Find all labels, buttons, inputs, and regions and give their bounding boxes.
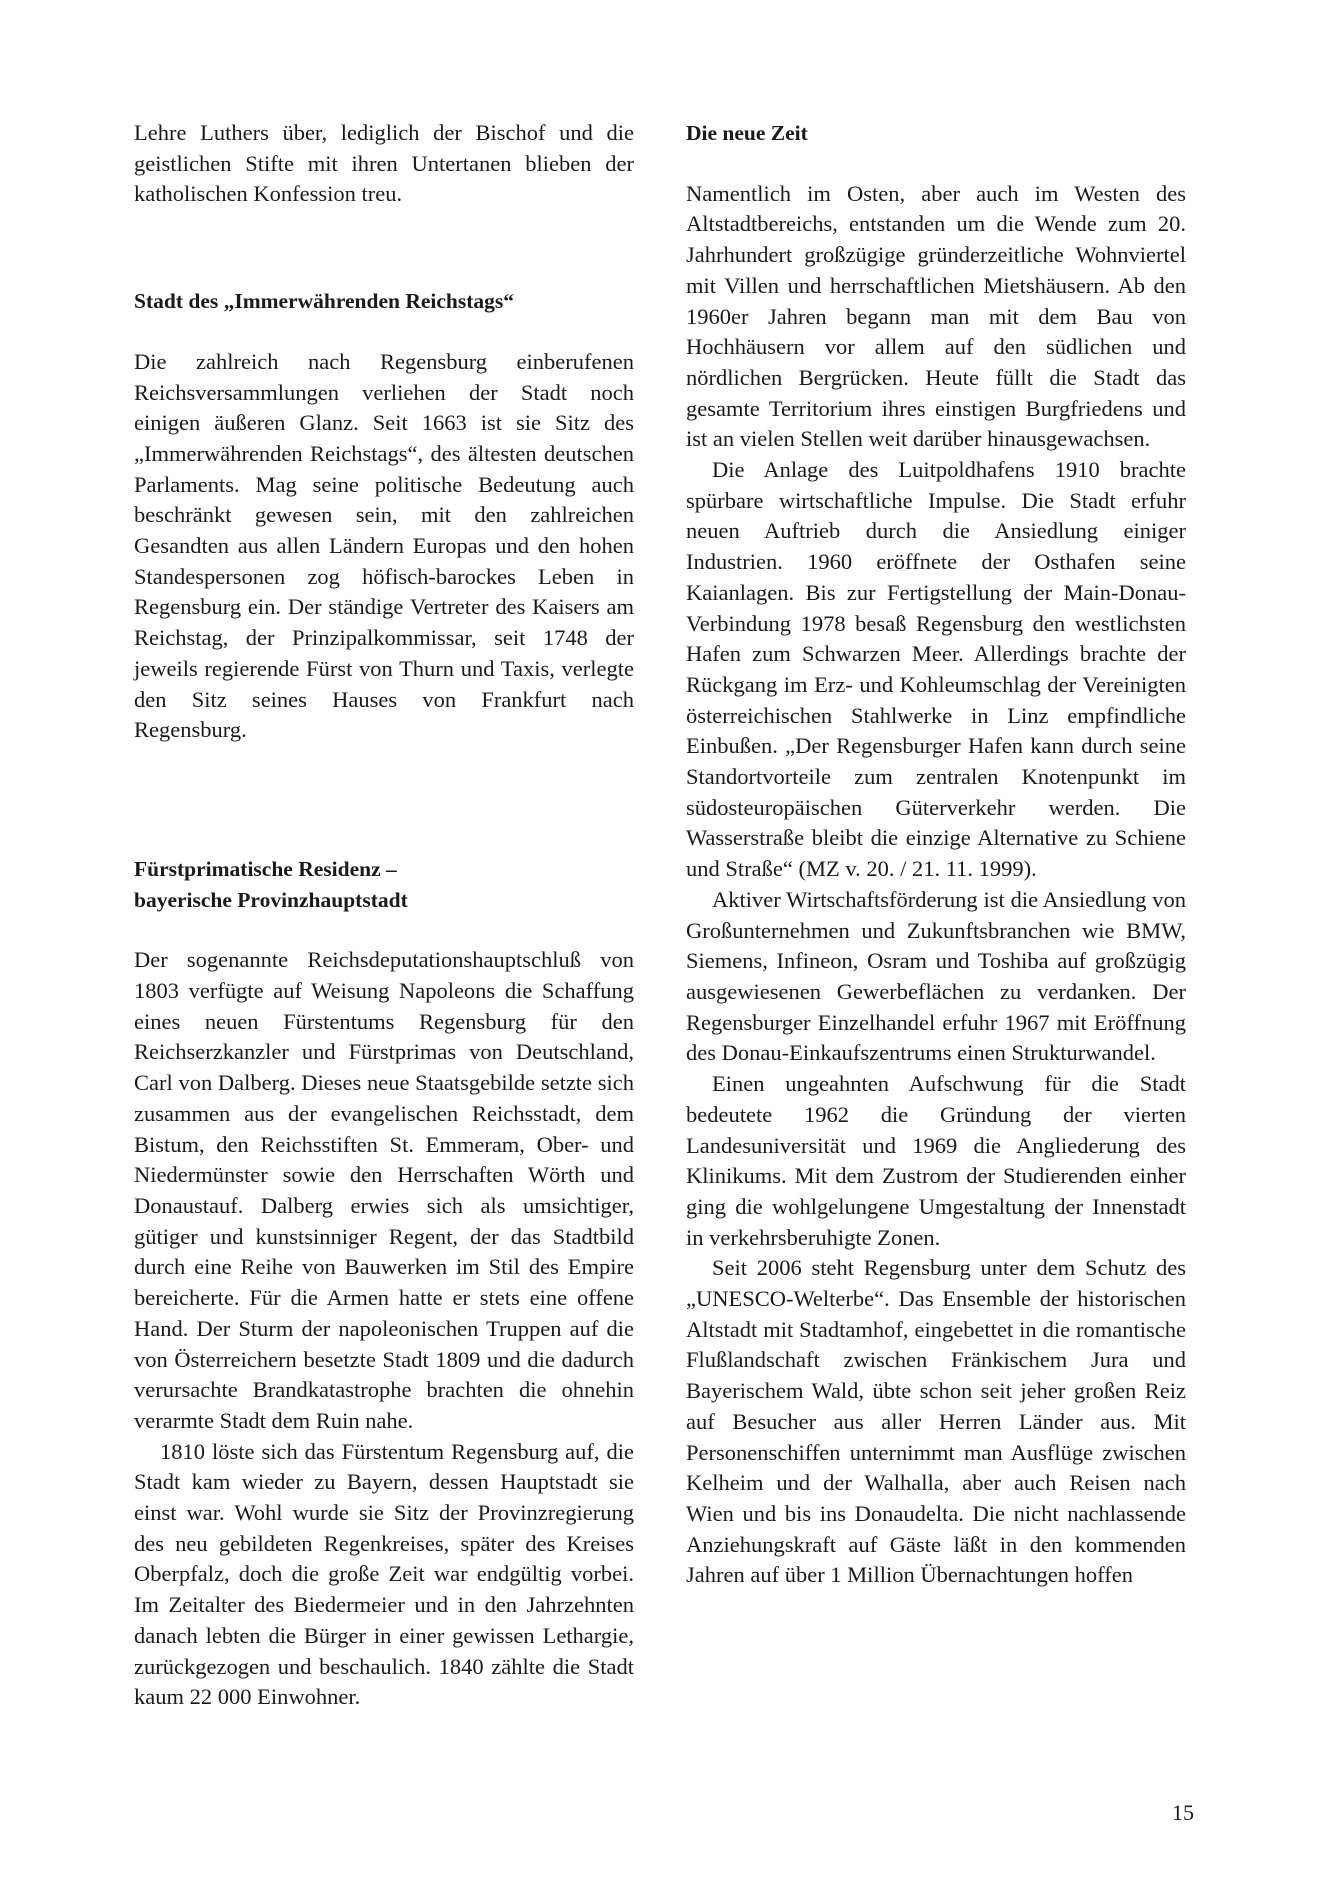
paragraph: Der sogenannte Reichsdeputationshauptsch… — [134, 945, 634, 1436]
paragraph: Einen ungeahnten Aufschwung für die Stad… — [686, 1069, 1186, 1253]
paragraph: Seit 2006 steht Regensburg unter dem Sch… — [686, 1253, 1186, 1591]
intro-paragraph: Lehre Luthers über, lediglich der Bischo… — [134, 118, 634, 210]
section-heading-neue-zeit: Die neue Zeit — [686, 118, 1186, 149]
paragraph: Namentlich im Osten, aber auch im Westen… — [686, 179, 1186, 455]
paragraph: Aktiver Wirtschaftsförderung ist die Ans… — [686, 885, 1186, 1069]
paragraph: Die Anlage des Luitpoldhafens 1910 brach… — [686, 455, 1186, 885]
section-heading-residenz: Fürstprimatische Residenz – bayerische P… — [134, 854, 634, 915]
left-column: Lehre Luthers über, lediglich der Bischo… — [134, 118, 634, 1713]
right-column: Die neue Zeit Namentlich im Osten, aber … — [686, 118, 1186, 1591]
section-heading-reichstag: Stadt des „Immerwährenden Reichstags“ — [134, 286, 634, 317]
page-number: 15 — [1172, 1800, 1194, 1826]
paragraph: 1810 löste sich das Fürstentum Regensbur… — [134, 1437, 634, 1713]
paragraph: Die zahlreich nach Regensburg einberufen… — [134, 347, 634, 746]
heading-line: Fürstprimatische Residenz – — [134, 857, 397, 881]
heading-line: bayerische Provinzhauptstadt — [134, 888, 408, 912]
